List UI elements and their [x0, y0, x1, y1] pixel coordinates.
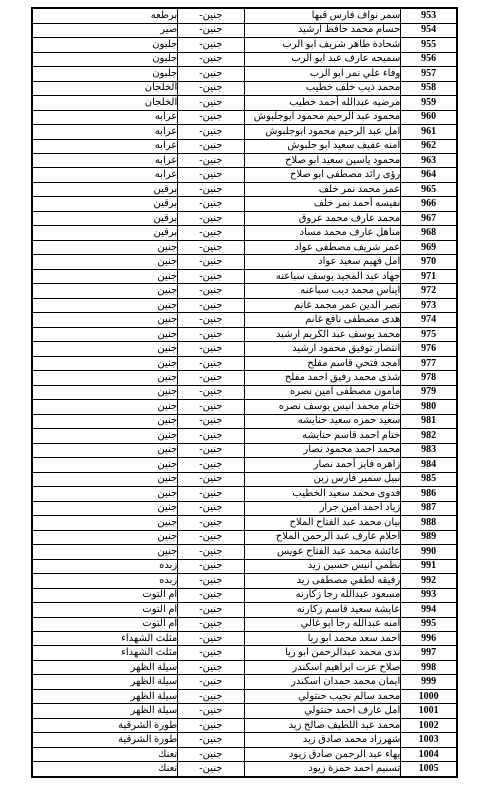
district-cell: جنين-: [178, 197, 244, 211]
district-cell: جنين-: [178, 603, 244, 617]
row-number-cell: 962: [401, 139, 457, 153]
locality-cell: طورة الشرقية: [32, 733, 178, 747]
person-name-cell: محمد يوسف عبد الكريم ارشيد: [244, 327, 401, 341]
locality-cell: سيلة الظهر: [32, 675, 178, 689]
district-cell: جنين-: [178, 516, 244, 530]
district-cell: جنين-: [178, 574, 244, 588]
row-number-cell: 1001: [401, 704, 457, 718]
table-row: 974 هدى مصطفى نافع غانم جنين- جنين: [32, 313, 457, 327]
district-cell: جنين-: [178, 689, 244, 703]
row-number-cell: 968: [401, 226, 457, 240]
locality-cell: جنين: [32, 443, 178, 457]
person-name-cell: نفيسه أحمد نمر خلف: [244, 197, 401, 211]
document-page: 953 سمر نواف فارس قبها جنين- برطعه 954 ح…: [0, 0, 500, 800]
district-cell: جنين-: [178, 675, 244, 689]
locality-cell: طورة الشرقية: [32, 718, 178, 732]
locality-cell: جنين: [32, 284, 178, 298]
row-number-cell: 1002: [401, 718, 457, 732]
row-number-cell: 975: [401, 327, 457, 341]
table-row: 956 سميحه عارف عبد ابو الرب جنين- جلبون: [32, 52, 457, 66]
table-row: 998 صلاح عزت ابراهيم اسكندر جنين- سيلة ا…: [32, 660, 457, 674]
row-number-cell: 960: [401, 110, 457, 124]
district-cell: جنين-: [178, 747, 244, 761]
locality-cell: جلبون: [32, 52, 178, 66]
person-name-cell: مناهل عارف محمد مساد: [244, 226, 401, 240]
row-number-cell: 965: [401, 182, 457, 196]
row-number-cell: 954: [401, 23, 457, 37]
row-number-cell: 987: [401, 501, 457, 515]
table-row: 964 رؤى رائد مصطفى ابو صلاح جنين- عرابه: [32, 168, 457, 182]
locality-cell: زبده: [32, 574, 178, 588]
person-name-cell: عائشة محمد عبد الفتاح عويس: [244, 545, 401, 559]
row-number-cell: 964: [401, 168, 457, 182]
person-name-cell: عمر محمد نمر خلف: [244, 182, 401, 196]
person-name-cell: شذى محمد رفيق احمد مفلح: [244, 371, 401, 385]
district-cell: جنين-: [178, 255, 244, 269]
row-number-cell: 961: [401, 125, 457, 139]
person-name-cell: شحادة طاهر شريف ابو الرب: [244, 38, 401, 52]
person-name-cell: امل فهيم سعيد عواد: [244, 255, 401, 269]
locality-cell: جلبون: [32, 38, 178, 52]
row-number-cell: 1003: [401, 733, 457, 747]
district-cell: جنين-: [178, 154, 244, 168]
locality-cell: عرابه: [32, 139, 178, 153]
row-number-cell: 971: [401, 269, 457, 283]
district-cell: جنين-: [178, 646, 244, 660]
row-number-cell: 981: [401, 414, 457, 428]
locality-cell: مثلث الشهداء: [32, 646, 178, 660]
district-cell: جنين-: [178, 559, 244, 573]
row-number-cell: 967: [401, 211, 457, 225]
table-row: 976 انتصار توفيق محمود ارشيد جنين- جنين: [32, 342, 457, 356]
row-number-cell: 997: [401, 646, 457, 660]
person-name-cell: سمر نواف فارس قبها: [244, 8, 401, 23]
person-name-cell: محمود ياسين سعيد ابو صلاح: [244, 154, 401, 168]
locality-cell: جنين: [32, 516, 178, 530]
row-number-cell: 959: [401, 96, 457, 110]
district-cell: جنين-: [178, 298, 244, 312]
locality-cell: ام التوت: [32, 588, 178, 602]
row-number-cell: 980: [401, 400, 457, 414]
locality-cell: جنين: [32, 327, 178, 341]
table-row: 972 ايناس محمد ديب سباعنه جنين- جنين: [32, 284, 457, 298]
district-cell: جنين-: [178, 96, 244, 110]
locality-cell: الخلجان: [32, 96, 178, 110]
person-name-cell: ايمان محمد حمدان اسكندر: [244, 675, 401, 689]
person-name-cell: مسعود عبدالله رجا زكارنه: [244, 588, 401, 602]
table-row: 989 أحلام عارف عبد الرحمن الملاح جنين- ج…: [32, 530, 457, 544]
row-number-cell: 985: [401, 472, 457, 486]
person-name-cell: محمد ذيب خلف خطيب: [244, 81, 401, 95]
person-name-cell: هدى مصطفى نافع غانم: [244, 313, 401, 327]
row-number-cell: 984: [401, 458, 457, 472]
person-name-cell: امل عارف احمد حنتولي: [244, 704, 401, 718]
row-number-cell: 978: [401, 371, 457, 385]
district-cell: جنين-: [178, 718, 244, 732]
person-name-cell: احمد سعد محمد ابو ريا: [244, 631, 401, 645]
person-name-cell: ايناس محمد ديب سباعنه: [244, 284, 401, 298]
person-name-cell: فدوى محمد سعيد الخطيب: [244, 487, 401, 501]
district-cell: جنين-: [178, 617, 244, 631]
row-number-cell: 977: [401, 356, 457, 370]
locality-cell: ام التوت: [32, 603, 178, 617]
table-row: 962 امنه عفيف سعيد ابو جلبوش جنين- عرابه: [32, 139, 457, 153]
table-row: 988 بيان محمد عبد الفتاح الملاح جنين- جن…: [32, 516, 457, 530]
table-row: 954 حسام محمد حافظ ارشيد جنين- صير: [32, 23, 457, 37]
person-name-cell: محمد سالم نجيب حنتولي: [244, 689, 401, 703]
table-row: 991 نظمي انيس حسين زيد جنين- زبده: [32, 559, 457, 573]
row-number-cell: 966: [401, 197, 457, 211]
locality-cell: جنين: [32, 472, 178, 486]
table-row: 993 مسعود عبدالله رجا زكارنه جنين- ام ال…: [32, 588, 457, 602]
district-cell: جنين-: [178, 487, 244, 501]
locality-cell: جنين: [32, 298, 178, 312]
locality-cell: جنين: [32, 429, 178, 443]
table-row: 1005 تسنيم احمد حمزة زيود جنين- تعنك: [32, 762, 457, 777]
person-name-cell: نصر الدين عمر محمد غانم: [244, 298, 401, 312]
row-number-cell: 1000: [401, 689, 457, 703]
district-cell: جنين-: [178, 458, 244, 472]
person-name-cell: وفاء علي نمر ابو الرب: [244, 67, 401, 81]
locality-cell: جنين: [32, 487, 178, 501]
district-cell: جنين-: [178, 284, 244, 298]
table-row: 995 امنه عبدالله رجا ابو غالي جنين- ام ا…: [32, 617, 457, 631]
locality-cell: جلبون: [32, 67, 178, 81]
table-row: 971 جهاد عبد المجيد يوسف سباعنه جنين- جن…: [32, 269, 457, 283]
table-row: 977 امجد فتحي قاسم مفلح جنين- جنين: [32, 356, 457, 370]
row-number-cell: 976: [401, 342, 457, 356]
table-row: 959 مرضيه عبدالله أحمد خطيب جنين- الخلجا…: [32, 96, 457, 110]
locality-cell: الخلجان: [32, 81, 178, 95]
district-cell: جنين-: [178, 443, 244, 457]
person-name-cell: تسنيم احمد حمزة زيود: [244, 762, 401, 777]
table-row: 1001 امل عارف احمد حنتولي جنين- سيلة الظ…: [32, 704, 457, 718]
district-cell: جنين-: [178, 631, 244, 645]
district-cell: جنين-: [178, 240, 244, 254]
district-cell: جنين-: [178, 81, 244, 95]
row-number-cell: 988: [401, 516, 457, 530]
locality-cell: صير: [32, 23, 178, 37]
district-cell: جنين-: [178, 342, 244, 356]
person-name-cell: بيان محمد عبد الفتاح الملاح: [244, 516, 401, 530]
table-row: 999 ايمان محمد حمدان اسكندر جنين- سيلة ا…: [32, 675, 457, 689]
district-cell: جنين-: [178, 23, 244, 37]
locality-cell: جنين: [32, 414, 178, 428]
locality-cell: جنين: [32, 240, 178, 254]
locality-cell: جنين: [32, 255, 178, 269]
table-row: 968 مناهل عارف محمد مساد جنين- برقين: [32, 226, 457, 240]
district-cell: جنين-: [178, 762, 244, 777]
locality-cell: جنين: [32, 458, 178, 472]
row-number-cell: 972: [401, 284, 457, 298]
locality-cell: زبده: [32, 559, 178, 573]
district-cell: جنين-: [178, 211, 244, 225]
row-number-cell: 998: [401, 660, 457, 674]
locality-cell: برطعه: [32, 8, 178, 23]
row-number-cell: 955: [401, 38, 457, 52]
row-number-cell: 990: [401, 545, 457, 559]
district-cell: جنين-: [178, 733, 244, 747]
row-number-cell: 989: [401, 530, 457, 544]
row-number-cell: 969: [401, 240, 457, 254]
locality-cell: تعنك: [32, 762, 178, 777]
row-number-cell: 963: [401, 154, 457, 168]
row-number-cell: 958: [401, 81, 457, 95]
row-number-cell: 982: [401, 429, 457, 443]
district-cell: جنين-: [178, 472, 244, 486]
district-cell: جنين-: [178, 168, 244, 182]
person-name-cell: أحلام عارف عبد الرحمن الملاح: [244, 530, 401, 544]
person-name-cell: ندى محمد عبدالرحمن ابو ريا: [244, 646, 401, 660]
district-cell: جنين-: [178, 429, 244, 443]
table-row: 986 فدوى محمد سعيد الخطيب جنين- جنين: [32, 487, 457, 501]
locality-cell: برقين: [32, 182, 178, 196]
person-name-cell: امنه عبدالله رجا ابو غالي: [244, 617, 401, 631]
table-row: 987 زياد أحمد امين جرار جنين- جنين: [32, 501, 457, 515]
table-row: 997 ندى محمد عبدالرحمن ابو ريا جنين- مثل…: [32, 646, 457, 660]
person-name-cell: صلاح عزت ابراهيم اسكندر: [244, 660, 401, 674]
district-cell: جنين-: [178, 52, 244, 66]
person-name-cell: عايشة سعيد قاسم زكارنه: [244, 603, 401, 617]
table-row: 953 سمر نواف فارس قبها جنين- برطعه: [32, 8, 457, 23]
table-row: 980 ختام محمد انيس يوسف نصره جنين- جنين: [32, 400, 457, 414]
table-row: 985 نبيل سمير فارس زين جنين- جنين: [32, 472, 457, 486]
person-name-cell: امنه عفيف سعيد ابو جلبوش: [244, 139, 401, 153]
person-name-cell: بهاء عبد الرحمن صادق زيود: [244, 747, 401, 761]
table-row: 992 رفيقه لطفي مصطفى زيد جنين- زبده: [32, 574, 457, 588]
locality-cell: تعنك: [32, 747, 178, 761]
locality-cell: برقين: [32, 226, 178, 240]
locality-cell: سيلة الظهر: [32, 704, 178, 718]
person-name-cell: محمود عبد الرحيم محمود ابوجلبوش: [244, 110, 401, 124]
locality-cell: جنين: [32, 313, 178, 327]
table-row: 978 شذى محمد رفيق احمد مفلح جنين- جنين: [32, 371, 457, 385]
table-row: 1004 بهاء عبد الرحمن صادق زيود جنين- تعن…: [32, 747, 457, 761]
row-number-cell: 991: [401, 559, 457, 573]
person-name-cell: عمر شريف مصطفى عواد: [244, 240, 401, 254]
locality-cell: جنين: [32, 342, 178, 356]
person-name-cell: مرضيه عبدالله أحمد خطيب: [244, 96, 401, 110]
table-row: 1003 شهرزاد محمد صادق زيد جنين- طورة الش…: [32, 733, 457, 747]
row-number-cell: 953: [401, 8, 457, 23]
locality-cell: مثلث الشهداء: [32, 631, 178, 645]
locality-cell: جنين: [32, 356, 178, 370]
row-number-cell: 974: [401, 313, 457, 327]
locality-cell: ام التوت: [32, 617, 178, 631]
person-name-cell: شهرزاد محمد صادق زيد: [244, 733, 401, 747]
table-row: 966 نفيسه أحمد نمر خلف جنين- برقين: [32, 197, 457, 211]
row-number-cell: 973: [401, 298, 457, 312]
person-name-cell: جهاد عبد المجيد يوسف سباعنه: [244, 269, 401, 283]
table-row: 955 شحادة طاهر شريف ابو الرب جنين- جلبون: [32, 38, 457, 52]
district-cell: جنين-: [178, 8, 244, 23]
district-cell: جنين-: [178, 545, 244, 559]
person-name-cell: رؤى رائد مصطفى ابو صلاح: [244, 168, 401, 182]
district-cell: جنين-: [178, 414, 244, 428]
district-cell: جنين-: [178, 67, 244, 81]
table-row: 996 احمد سعد محمد ابو ريا جنين- مثلث الش…: [32, 631, 457, 645]
person-name-cell: زياد أحمد امين جرار: [244, 501, 401, 515]
person-name-cell: نظمي انيس حسين زيد: [244, 559, 401, 573]
locality-cell: جنين: [32, 530, 178, 544]
table-row: 965 عمر محمد نمر خلف جنين- برقين: [32, 182, 457, 196]
table-row: 1000 محمد سالم نجيب حنتولي جنين- سيلة ال…: [32, 689, 457, 703]
locality-cell: عرابه: [32, 125, 178, 139]
row-number-cell: 970: [401, 255, 457, 269]
table-row: 963 محمود ياسين سعيد ابو صلاح جنين- عراب…: [32, 154, 457, 168]
row-number-cell: 995: [401, 617, 457, 631]
district-cell: جنين-: [178, 385, 244, 399]
table-row: 960 محمود عبد الرحيم محمود ابوجلبوش جنين…: [32, 110, 457, 124]
district-cell: جنين-: [178, 704, 244, 718]
table-row: 1002 محمد عبد اللطيف صالح زيد جنين- طورة…: [32, 718, 457, 732]
roster-table-body: 953 سمر نواف فارس قبها جنين- برطعه 954 ح…: [32, 8, 457, 777]
locality-cell: برقين: [32, 211, 178, 225]
person-name-cell: سميحه عارف عبد ابو الرب: [244, 52, 401, 66]
person-name-cell: مأمون مصطفى امين نصره: [244, 385, 401, 399]
locality-cell: جنين: [32, 400, 178, 414]
person-name-cell: محمد عبد اللطيف صالح زيد: [244, 718, 401, 732]
row-number-cell: 993: [401, 588, 457, 602]
row-number-cell: 983: [401, 443, 457, 457]
table-row: 979 مأمون مصطفى امين نصره جنين- جنين: [32, 385, 457, 399]
district-cell: جنين-: [178, 313, 244, 327]
table-row: 975 محمد يوسف عبد الكريم ارشيد جنين- جني…: [32, 327, 457, 341]
table-row: 958 محمد ذيب خلف خطيب جنين- الخلجان: [32, 81, 457, 95]
row-number-cell: 1004: [401, 747, 457, 761]
person-name-cell: امل عبد الرحيم محمود ابوجلبوش: [244, 125, 401, 139]
person-name-cell: انتصار توفيق محمود ارشيد: [244, 342, 401, 356]
person-name-cell: امجد فتحي قاسم مفلح: [244, 356, 401, 370]
row-number-cell: 996: [401, 631, 457, 645]
person-name-cell: حسام محمد حافظ ارشيد: [244, 23, 401, 37]
locality-cell: عرابه: [32, 154, 178, 168]
locality-cell: سيلة الظهر: [32, 660, 178, 674]
table-row: 970 امل فهيم سعيد عواد جنين- جنين: [32, 255, 457, 269]
district-cell: جنين-: [178, 530, 244, 544]
district-cell: جنين-: [178, 327, 244, 341]
table-row: 973 نصر الدين عمر محمد غانم جنين- جنين: [32, 298, 457, 312]
table-row: 981 سعيد حمزه سعيد حنايشه جنين- جنين: [32, 414, 457, 428]
table-row: 961 امل عبد الرحيم محمود ابوجلبوش جنين- …: [32, 125, 457, 139]
row-number-cell: 992: [401, 574, 457, 588]
table-row: 967 محمد عارف محمد عروق جنين- برقين: [32, 211, 457, 225]
district-cell: جنين-: [178, 501, 244, 515]
row-number-cell: 999: [401, 675, 457, 689]
district-cell: جنين-: [178, 226, 244, 240]
locality-cell: عرابه: [32, 110, 178, 124]
district-cell: جنين-: [178, 400, 244, 414]
district-cell: جنين-: [178, 269, 244, 283]
table-row: 957 وفاء علي نمر ابو الرب جنين- جلبون: [32, 67, 457, 81]
person-name-cell: محمد أحمد محمود نصار: [244, 443, 401, 457]
table-row: 994 عايشة سعيد قاسم زكارنه جنين- ام التو…: [32, 603, 457, 617]
table-row: 984 زاهره فايز أحمد نصار جنين- جنين: [32, 458, 457, 472]
person-name-cell: محمد عارف محمد عروق: [244, 211, 401, 225]
row-number-cell: 994: [401, 603, 457, 617]
locality-cell: جنين: [32, 385, 178, 399]
district-cell: جنين-: [178, 182, 244, 196]
row-number-cell: 956: [401, 52, 457, 66]
locality-cell: سيلة الظهر: [32, 689, 178, 703]
row-number-cell: 957: [401, 67, 457, 81]
person-name-cell: نبيل سمير فارس زين: [244, 472, 401, 486]
table-row: 982 ختام احمد قاسم حنايشه جنين- جنين: [32, 429, 457, 443]
person-name-cell: ختام احمد قاسم حنايشه: [244, 429, 401, 443]
locality-cell: عرابه: [32, 168, 178, 182]
row-number-cell: 986: [401, 487, 457, 501]
district-cell: جنين-: [178, 356, 244, 370]
district-cell: جنين-: [178, 371, 244, 385]
row-number-cell: 979: [401, 385, 457, 399]
district-cell: جنين-: [178, 139, 244, 153]
locality-cell: برقين: [32, 197, 178, 211]
locality-cell: جنين: [32, 501, 178, 515]
table-row: 969 عمر شريف مصطفى عواد جنين- جنين: [32, 240, 457, 254]
row-number-cell: 1005: [401, 762, 457, 777]
person-name-cell: زاهره فايز أحمد نصار: [244, 458, 401, 472]
names-roster-table: 953 سمر نواف فارس قبها جنين- برطعه 954 ح…: [31, 7, 458, 778]
district-cell: جنين-: [178, 125, 244, 139]
district-cell: جنين-: [178, 660, 244, 674]
locality-cell: جنين: [32, 371, 178, 385]
table-row: 983 محمد أحمد محمود نصار جنين- جنين: [32, 443, 457, 457]
locality-cell: جنين: [32, 269, 178, 283]
district-cell: جنين-: [178, 110, 244, 124]
person-name-cell: ختام محمد انيس يوسف نصره: [244, 400, 401, 414]
person-name-cell: رفيقه لطفي مصطفى زيد: [244, 574, 401, 588]
person-name-cell: سعيد حمزه سعيد حنايشه: [244, 414, 401, 428]
table-row: 990 عائشة محمد عبد الفتاح عويس جنين- جني…: [32, 545, 457, 559]
district-cell: جنين-: [178, 588, 244, 602]
locality-cell: جنين: [32, 545, 178, 559]
district-cell: جنين-: [178, 38, 244, 52]
